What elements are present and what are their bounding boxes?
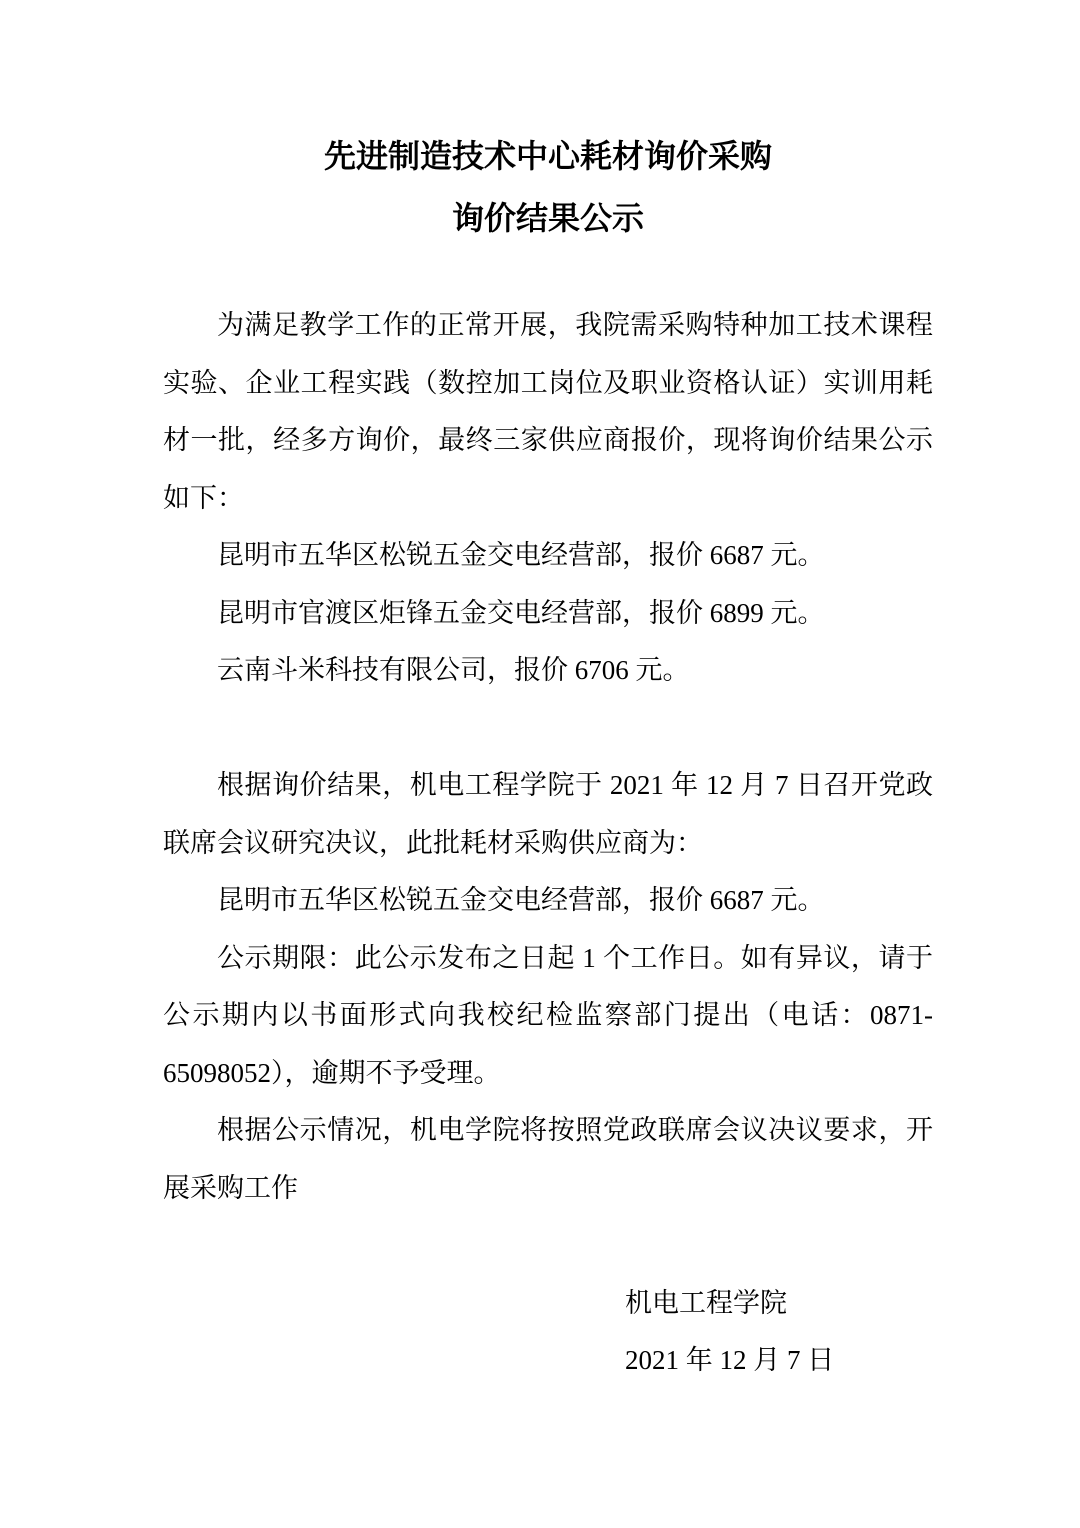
signature-department: 机电工程学院 (163, 1275, 933, 1333)
supplier-quote-line-2: 昆明市官渡区炬锋五金交电经营部，报价 6899 元。 (163, 585, 933, 643)
supplier-quote-line-1: 昆明市五华区松锐五金交电经营部，报价 6687 元。 (163, 527, 933, 585)
publicity-period-paragraph: 公示期限：此公示发布之日起 1 个工作日。如有异议，请于公示期内以书面形式向我校… (163, 930, 933, 1103)
document-title: 先进制造技术中心耗材询价采购 询价结果公示 (163, 125, 933, 249)
decision-paragraph: 根据询价结果，机电工程学院于 2021 年 12 月 7 日召开党政联席会议研究… (163, 757, 933, 872)
signature-date: 2021 年 12 月 7 日 (163, 1332, 933, 1390)
supplier-quote-line-3: 云南斗米科技有限公司，报价 6706 元。 (163, 642, 933, 700)
document-title-line-2: 询价结果公示 (163, 187, 933, 249)
document-title-line-1: 先进制造技术中心耗材询价采购 (163, 125, 933, 187)
signature-block: 机电工程学院 2021 年 12 月 7 日 (163, 1275, 933, 1390)
intro-paragraph: 为满足教学工作的正常开展，我院需采购特种加工技术课程实验、企业工程实践（数控加工… (163, 297, 933, 527)
selected-supplier-line: 昆明市五华区松锐五金交电经营部，报价 6687 元。 (163, 872, 933, 930)
announcement-document-page: 先进制造技术中心耗材询价采购 询价结果公示 为满足教学工作的正常开展，我院需采购… (0, 0, 1080, 1528)
document-body: 为满足教学工作的正常开展，我院需采购特种加工技术课程实验、企业工程实践（数控加工… (163, 297, 933, 1390)
followup-paragraph: 根据公示情况，机电学院将按照党政联席会议决议要求，开展采购工作 (163, 1102, 933, 1217)
